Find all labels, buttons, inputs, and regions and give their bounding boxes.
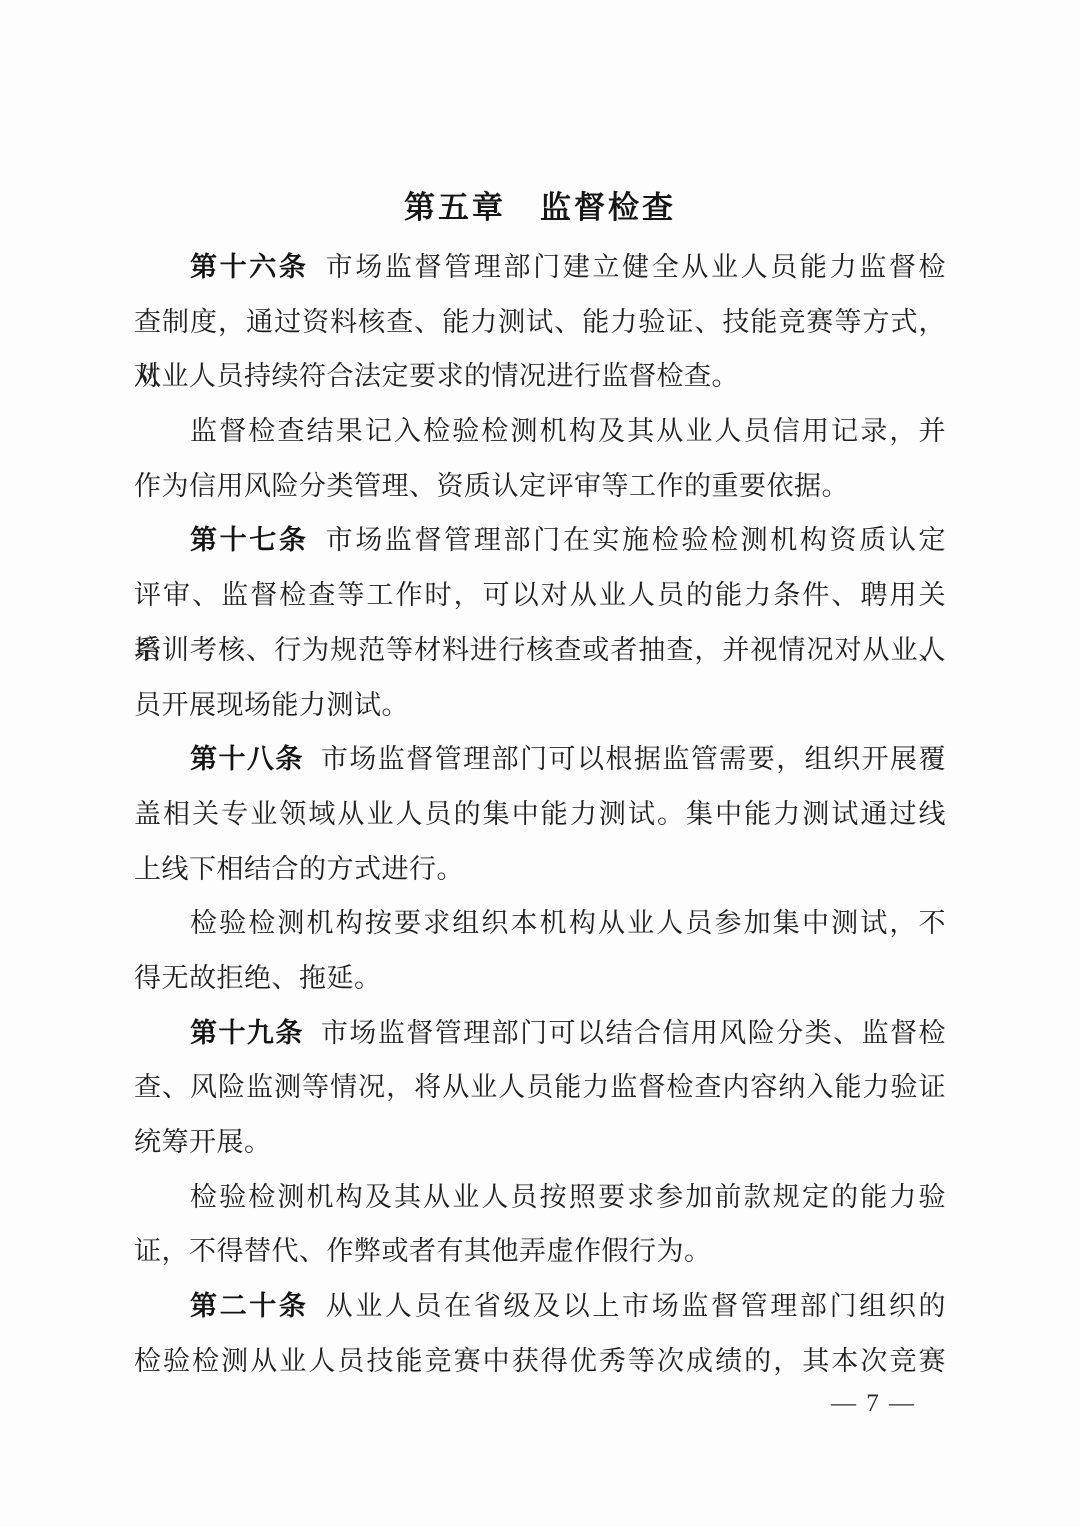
article-label: 第十九条 [190,1018,304,1048]
line-text: 市场监督管理部门建立健全从业人员能力监督检 [326,252,946,282]
line-text: 盖相关专业领域从业人员的集中能力测试。集中能力测试通过线 [134,799,946,829]
line-text: 培训考核、行为规范等材料进行核查或者抽查，并视情况对从业人 [134,635,946,665]
body-line: 第二十条从业人员在省级及以上市场监督管理部门组织的 [134,1279,946,1334]
line-text: 市场监督管理部门可以结合信用风险分类、监督检 [321,1018,946,1048]
line-text: 从业人员在省级及以上市场监督管理部门组织的 [326,1291,946,1321]
line-text: 检验检测从业人员技能竞赛中获得优秀等次成绩的，其本次竞赛 [134,1346,946,1376]
body-line: 第十八条市场监督管理部门可以根据监管需要，组织开展覆 [134,732,946,787]
body-line: 上线下相结合的方式进行。 [134,842,946,897]
body-line: 检验检测从业人员技能竞赛中获得优秀等次成绩的，其本次竞赛 [134,1334,946,1389]
line-text: 查、风险监测等情况，将从业人员能力监督检查内容纳入能力验证 [134,1072,946,1102]
body-line: 第十九条市场监督管理部门可以结合信用风险分类、监督检 [134,1006,946,1061]
body-line: 从业人员持续符合法定要求的情况进行监督检查。 [134,349,946,404]
body-line: 第十七条市场监督管理部门在实施检验检测机构资质认定 [134,513,946,568]
line-text: 作为信用风险分类管理、资质认定评审等工作的重要依据。 [134,471,849,501]
line-text: 上线下相结合的方式进行。 [134,854,464,884]
line-text: 证，不得替代、作弊或者有其他弄虚作假行为。 [134,1236,712,1266]
line-text: 市场监督管理部门在实施检验检测机构资质认定 [326,525,946,555]
article-label: 第十六条 [190,252,309,282]
line-text: 市场监督管理部门可以根据监管需要，组织开展覆 [321,744,946,774]
body-line: 培训考核、行为规范等材料进行核查或者抽查，并视情况对从业人 [134,623,946,678]
line-text: 得无故拒绝、拖延。 [134,963,382,993]
body-line: 检验检测机构按要求组织本机构从业人员参加集中测试，不 [134,896,946,951]
line-text: 检验检测机构按要求组织本机构从业人员参加集中测试，不 [190,908,946,938]
line-text: 员开展现场能力测试。 [134,690,409,720]
line-text: 从业人员持续符合法定要求的情况进行监督检查。 [134,361,739,391]
article-label: 第十七条 [190,525,309,555]
body-line: 检验检测机构及其从业人员按照要求参加前款规定的能力验 [134,1170,946,1225]
body-line: 作为信用风险分类管理、资质认定评审等工作的重要依据。 [134,459,946,514]
article-label: 第二十条 [190,1291,309,1321]
body-line: 评审、监督检查等工作时，可以对从业人员的能力条件、聘用关系、 [134,568,946,623]
article-label: 第十八条 [190,744,304,774]
body-line: 查、风险监测等情况，将从业人员能力监督检查内容纳入能力验证 [134,1060,946,1115]
document-body: 第十六条市场监督管理部门建立健全从业人员能力监督检 查制度，通过资料核查、能力测… [134,240,946,1388]
body-line: 统筹开展。 [134,1115,946,1170]
body-line: 证，不得替代、作弊或者有其他弄虚作假行为。 [134,1224,946,1279]
body-line: 第十六条市场监督管理部门建立健全从业人员能力监督检 [134,240,946,295]
document-page: 第五章 监督检查 第十六条市场监督管理部门建立健全从业人员能力监督检 查制度，通… [0,0,1080,1527]
body-line: 员开展现场能力测试。 [134,678,946,733]
body-line: 监督检查结果记入检验检测机构及其从业人员信用记录，并 [134,404,946,459]
line-text: 监督检查结果记入检验检测机构及其从业人员信用记录，并 [190,416,946,446]
body-line: 盖相关专业领域从业人员的集中能力测试。集中能力测试通过线 [134,787,946,842]
body-line: 查制度，通过资料核查、能力测试、能力验证、技能竞赛等方式，对 [134,295,946,350]
page-number: — 7 — [831,1390,916,1418]
line-text: 检验检测机构及其从业人员按照要求参加前款规定的能力验 [190,1182,946,1212]
chapter-title: 第五章 监督检查 [0,182,1080,227]
body-line: 得无故拒绝、拖延。 [134,951,946,1006]
line-text: 统筹开展。 [134,1127,272,1157]
